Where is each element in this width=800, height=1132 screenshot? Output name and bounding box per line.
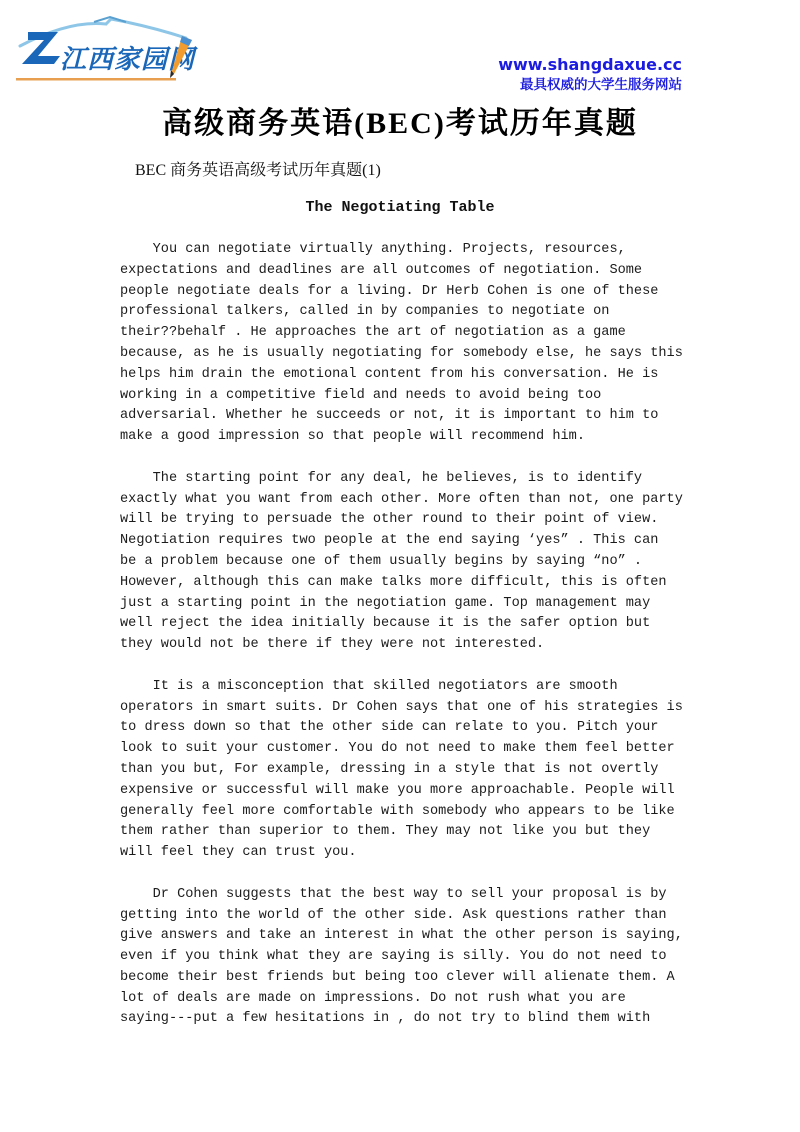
site-url-link[interactable]: www.shangdaxue.cc [498,55,682,75]
paragraph-1: You can negotiate virtually anything. Pr… [120,240,720,448]
doc-subtitle: BEC 商务英语高级考试历年真题(1) [135,157,381,180]
paragraph-4: Dr Cohen suggests that the best way to s… [120,885,720,1031]
page: 江西家园网 www.shangdaxue.cc 最具权威的大学生服务网站 高级商… [0,0,800,1132]
site-info: www.shangdaxue.cc 最具权威的大学生服务网站 [498,55,682,94]
doc-title: 高级商务英语(BEC)考试历年真题 [0,98,800,142]
section-title: The Negotiating Table [0,199,800,216]
logo-underline [16,78,176,81]
site-tagline: 最具权威的大学生服务网站 [498,77,682,94]
doc-body: You can negotiate virtually anything. Pr… [120,240,720,1051]
paragraph-2: The starting point for any deal, he beli… [120,469,720,656]
site-logo: 江西家园网 [14,8,204,88]
paragraph-3: It is a misconception that skilled negot… [120,677,720,864]
logo-z-icon [22,32,60,64]
